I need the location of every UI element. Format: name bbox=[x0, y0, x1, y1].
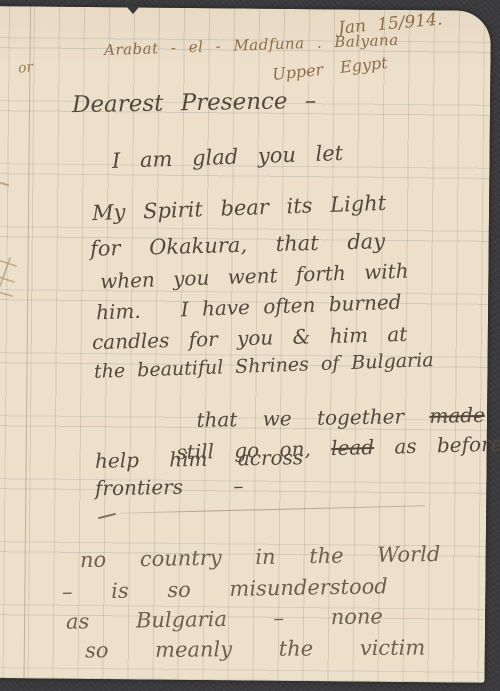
scan-edge-notch bbox=[126, 6, 140, 14]
scanned-letter-page: Jan 15/914. Arabat - el - Madfuna . Baly… bbox=[0, 0, 500, 691]
margin-rule-line bbox=[24, 6, 31, 678]
body-line-13: – is so misunderstood bbox=[62, 576, 388, 603]
salutation: Dearest Presence – bbox=[72, 90, 317, 117]
body-line-14: as Bulgaria – none bbox=[66, 606, 383, 633]
body-line-10: help him across bbox=[95, 447, 303, 471]
body-line-11: frontiers – bbox=[95, 476, 244, 499]
body-line-9-struck-word: lead bbox=[331, 435, 375, 460]
margin-scribble-mark bbox=[0, 252, 22, 302]
body-line-9-post: as before bbox=[374, 432, 500, 459]
body-line-15: so meanly the victim bbox=[85, 638, 425, 662]
margin-note: or bbox=[17, 60, 34, 76]
